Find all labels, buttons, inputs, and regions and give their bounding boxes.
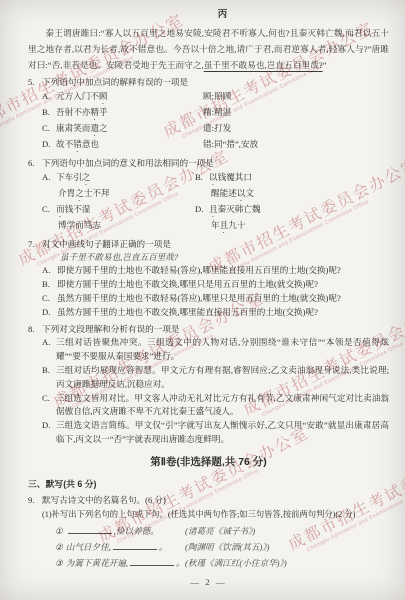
source-attribution: (秋瑾《满江红(小住京华)》) — [185, 556, 287, 570]
item-number: ② — [55, 542, 63, 552]
dictation-item-1: ①,俭以养德。 (诸葛亮《诫子书》) — [55, 524, 389, 538]
question-stem-text: 下列对文段理解和分析有误的一项是 — [42, 323, 389, 337]
option-label: A. — [42, 171, 56, 187]
q7-option-c: C.虽然方圆千里的土地也不敢轻易(答应),哪里只是用五百里的土地(就交换)呢? — [42, 292, 389, 306]
dotted-char: 以 — [209, 172, 218, 182]
option-label: A. — [42, 264, 57, 278]
dotted-char: 精 — [90, 107, 99, 117]
q6-row-1: A.下车引之 介胄之士不拜 B.以钱覆其口 醒能述以文 — [42, 171, 389, 203]
option-label: D. — [42, 419, 56, 447]
q5-option-c: C. 康肃笑而遣之 遣:打发 — [42, 122, 389, 138]
page-content: 丙 秦王谓唐雎曰:“寡人以五百里之地易安陵,安陵君不听寡人,何也?且秦灭韩亡魏,… — [0, 0, 405, 590]
option-label: D. — [42, 138, 56, 154]
option-label: B. — [42, 364, 56, 392]
question-5: 5. 下列语句中加点词的解释有误的一项是 A. 元方入门不顾 顾:照顾 B. 吾… — [28, 76, 389, 154]
question-8: 8. 下列对文段理解和分析有误的一项是 A.三组对话皆聚焦冲突。三组选文中的人物… — [28, 323, 389, 447]
dotted-char: 之 — [75, 188, 84, 198]
option-text: 虽然方圆千里的土地也不敢轻易(答应),哪里只是用五百里的土地(就交换)呢? — [57, 292, 341, 306]
option-label: D. — [195, 203, 209, 219]
underlined-sentence: 虽千里不敢易也,岂直五百里哉? — [204, 60, 323, 70]
question-number: 7. — [28, 238, 42, 252]
question-5-stem: 5. 下列语句中加点词的解释有误的一项是 — [28, 76, 389, 90]
answer-blank — [113, 541, 157, 550]
option-text: 虽然方圆千里的土地也不敢交换,哪里能直接用五百里的土地(交换)呢? — [57, 306, 318, 320]
question-7: 7. 对文中画线句子翻译正确的一项是 虽千里不敢易也,岂直五百里哉? A.即使方… — [28, 238, 389, 320]
option-label: C. — [42, 292, 57, 306]
option-definition: 错:同“措”,安放 — [203, 138, 258, 154]
dotted-char: 而 — [75, 220, 84, 230]
question-9-instruction: (1)补写出下列名句的上句或下句。(任选其中两句作答;如三句皆答,按前两句判分)… — [42, 508, 389, 522]
question-number: 6. — [28, 157, 42, 171]
item-number: ③ — [55, 558, 63, 568]
dotted-char: 错 — [73, 139, 82, 149]
option-text: 即使方圆千里的土地也不敢交换,哪里只是用五百里的土地(就交换)呢? — [57, 278, 318, 292]
question-8-stem: 8. 下列对文段理解和分析有误的一项是 — [28, 323, 389, 337]
source-attribution: (诸葛亮《诫子书》) — [185, 524, 255, 538]
option-definition: 精:精湛 — [203, 106, 231, 122]
option-label: A. — [42, 90, 56, 106]
q6-option-b: B.以钱覆其口 醒能述以文 — [195, 171, 254, 203]
source-attribution: (陶渊明《饮酒(其五)》) — [185, 540, 270, 554]
option-label: D. — [42, 306, 57, 320]
dictation-item-3: ③为篱下黄花开遍,。 (秋瑾《满江红(小住京华)》) — [55, 556, 389, 570]
question-stem-text: 下列语句中加点词的解释有误的一项是 — [42, 76, 389, 90]
question-stem-text: 下列语句中加点词的意义和用法相同的一项是 — [42, 157, 389, 171]
dotted-char: 且 — [220, 220, 229, 230]
option-definition: 遣:打发 — [203, 122, 231, 138]
dotted-char: 遣 — [90, 123, 99, 133]
item-number: ① — [55, 526, 63, 536]
option-label: B. — [195, 171, 209, 187]
option-label: A. — [42, 336, 56, 364]
option-label: C. — [42, 392, 56, 420]
dotted-char: 且 — [209, 204, 218, 214]
quoted-sentence: 虽千里不敢易也,岂直五百里哉? — [60, 251, 389, 264]
option-phrase: 康肃笑而遣之 — [56, 122, 203, 138]
q5-option-b: B. 吾射不亦精乎 精:精湛 — [42, 106, 389, 122]
dotted-char: 而 — [56, 204, 65, 214]
q6-option-d: D.且秦灭韩亡魏 年且九十 — [195, 203, 261, 235]
q5-option-d: D. 故不错意也 错:同“措”,安放 — [42, 138, 389, 154]
option-definition: 顾:照顾 — [203, 90, 231, 106]
q6-row-2: C.而钱不湿 博学而笃志 D.且秦灭韩亡魏 年且九十 — [42, 203, 389, 235]
question-6-stem: 6. 下列语句中加点词的意义和用法相同的一项是 — [28, 157, 389, 171]
dotted-char: 之 — [82, 172, 91, 182]
option-label: C. — [42, 122, 56, 138]
question-stem-text: 对文中画线句子翻译正确的一项是 — [42, 238, 389, 252]
dictation-item-2: ②山气日夕佳,。 (陶渊明《饮酒(其五)》) — [55, 540, 389, 554]
question-9-stem: 9. 默写古诗文中的名篇名句。(6 分) — [28, 494, 389, 508]
option-label: B. — [42, 106, 56, 122]
q6-option-c: C.而钱不湿 博学而笃志 — [42, 203, 195, 235]
q8-option-a: A.三组对话皆聚焦冲突。三组选文中的人物对话,分别围绕“谁未守信”“本领是否值得… — [42, 336, 389, 364]
q8-option-d: D.三组选文语言简练。甲文仅“引”字就写出友人惭愧示好,乙文只用“安敢”就显出康… — [42, 419, 389, 447]
volume-2-title: 第Ⅱ卷(非选择题,共 76 分) — [28, 454, 389, 470]
option-text: 三组对话均展现应答智慧。甲文元方有理有据,睿智回应;乙文卖油翁现身说法,类比说理… — [56, 364, 389, 392]
answer-blank — [130, 557, 174, 566]
page-number: — 2 — — [28, 576, 389, 590]
option-text: 三组选文皆用对比。甲文客人冲动无礼对比元方有礼有节,乙文康肃神闲气定对比卖油翁倨… — [56, 392, 389, 420]
passage-text: 秦王谓唐雎曰:“寡人以五百里之地易安陵,安陵君不听寡人,何也?且秦灭韩亡魏,而君… — [28, 25, 389, 73]
question-stem-text: 默写古诗文中的名篇名句。(6 分) — [42, 494, 389, 508]
answer-blank — [68, 525, 112, 534]
q8-option-c: C.三组选文皆用对比。甲文客人冲动无礼对比元方有礼有节,乙文康肃神闲气定对比卖油… — [42, 392, 389, 420]
option-phrase: 元方入门不顾 — [56, 90, 203, 106]
question-number: 5. — [28, 76, 42, 90]
passage-post: ” — [323, 60, 327, 70]
dotted-char: 顾 — [99, 91, 108, 101]
question-6: 6. 下列语句中加点词的意义和用法相同的一项是 A.下车引之 介胄之士不拜 B.… — [28, 157, 389, 235]
question-number: 9. — [28, 494, 42, 508]
option-phrase: 故不错意也 — [56, 138, 203, 154]
q6-option-a: A.下车引之 介胄之士不拜 — [42, 171, 195, 203]
q8-option-b: B.三组对话均展现应答智慧。甲文元方有理有据,睿智回应;乙文卖油翁现身说法,类比… — [42, 364, 389, 392]
option-text: 三组对话皆聚焦冲突。三组选文中的人物对话,分别围绕“谁未守信”“本领是否值得炫耀… — [56, 336, 389, 364]
q7-option-d: D.虽然方圆千里的土地也不敢交换,哪里能直接用五百里的土地(交换)呢? — [42, 306, 389, 320]
q5-option-a: A. 元方入门不顾 顾:照顾 — [42, 90, 389, 106]
option-phrase: 吾射不亦精乎 — [56, 106, 203, 122]
option-label: C. — [42, 203, 56, 219]
option-text: 即使方圆千里的土地也不敢轻易(答应),哪里能直接用五百里的土地(交换)呢? — [57, 264, 341, 278]
passage-label: 丙 — [28, 8, 389, 22]
option-label: B. — [42, 278, 57, 292]
question-7-stem: 7. 对文中画线句子翻译正确的一项是 — [28, 238, 389, 252]
question-number: 8. — [28, 323, 42, 337]
scanned-exam-page: 成都市招生考试委员会办公室 Chengdu Admission and Exam… — [0, 0, 405, 600]
option-text: 三组选文语言简练。甲文仅“引”字就写出友人惭愧示好,乙文只用“安敢”就显出康肃居… — [56, 419, 389, 447]
q7-option-a: A.即使方圆千里的土地也不敢轻易(答应),哪里能直接用五百里的土地(交换)呢? — [42, 264, 389, 278]
section-3-heading: 三、默写(共 6 分) — [28, 478, 389, 492]
q7-option-b: B.即使方圆千里的土地也不敢交换,哪里只是用五百里的土地(就交换)呢? — [42, 278, 389, 292]
